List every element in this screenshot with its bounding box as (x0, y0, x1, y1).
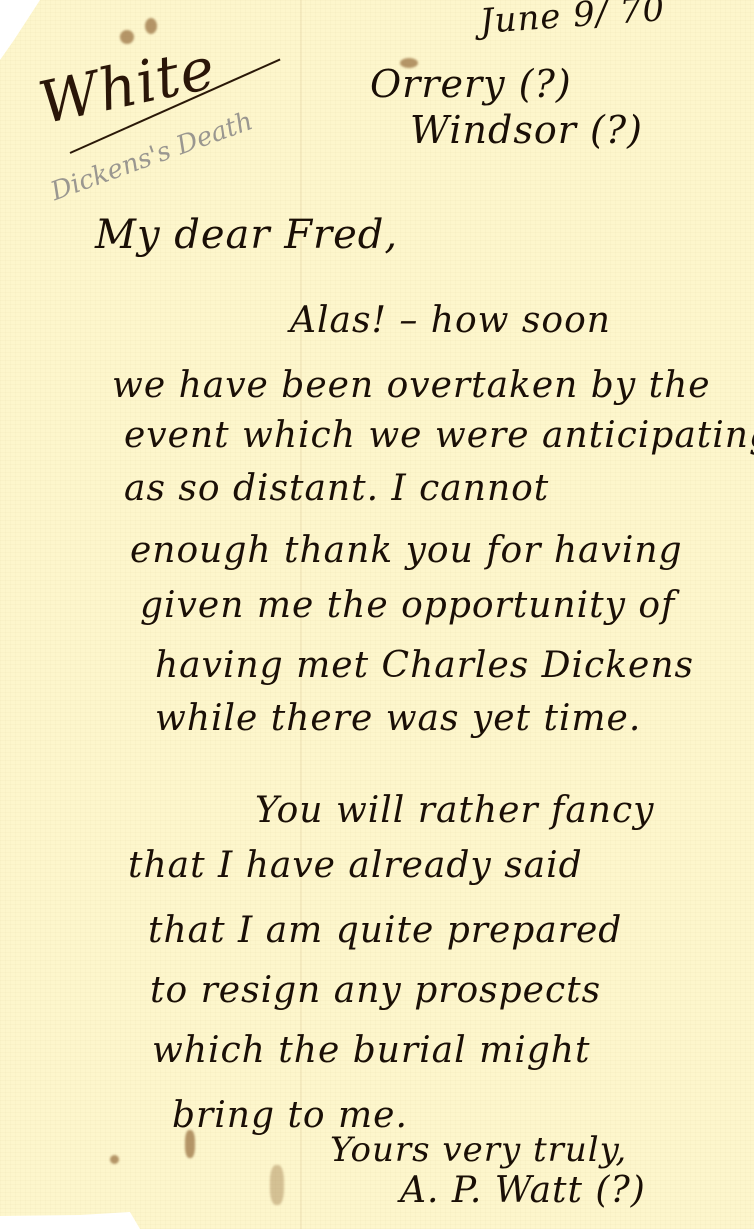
body-line: to resign any prospects (150, 970, 601, 1011)
body-line: as so distant. I cannot (124, 468, 549, 509)
body-line: enough thank you for having (130, 530, 683, 571)
body-line: which the burial might (152, 1030, 590, 1071)
ink-stain (110, 1155, 119, 1164)
ink-stain (270, 1165, 284, 1205)
body-line: event which we were anticipating (124, 415, 754, 456)
body-line: You will rather fancy (255, 790, 655, 831)
letter-place-line2: Windsor (?) (410, 108, 643, 152)
letter-page: White Dickens's Death June 9/ 70 Orrery … (0, 0, 754, 1229)
body-line: given me the opportunity of (140, 585, 675, 626)
salutation: My dear Fred, (95, 212, 398, 258)
body-line: Alas! – how soon (290, 300, 611, 341)
body-line: we have been overtaken by the (112, 365, 711, 406)
letter-date: June 9/ 70 (479, 0, 667, 42)
body-line: while there was yet time. (155, 698, 641, 739)
signature: A. P. Watt (?) (400, 1170, 646, 1211)
body-line: that I have already said (128, 845, 583, 886)
ink-stain (120, 30, 134, 44)
body-line: that I am quite prepared (148, 910, 622, 951)
letter-place-line1: Orrery (?) (370, 62, 572, 106)
annotation-white: White (33, 34, 221, 138)
closing: Yours very truly, (330, 1130, 627, 1170)
ink-stain (145, 18, 157, 34)
body-line: having met Charles Dickens (155, 645, 694, 686)
